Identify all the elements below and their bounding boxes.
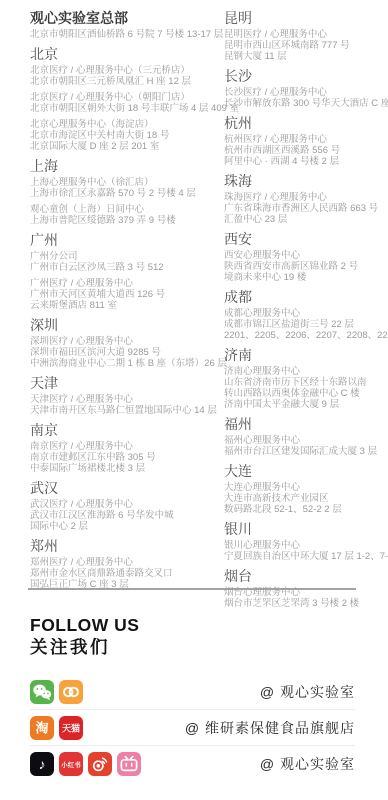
- social-icons: [30, 680, 83, 704]
- address-line: 云来斯堡酒店 811 室: [30, 300, 194, 311]
- entry-name: 北京医疗 / 心理服务中心（三元桥店）: [30, 65, 194, 76]
- address-line: 中泰国际广场裙楼北楼 3 层: [30, 463, 194, 474]
- city-section: 观心实验室总部北京市朝阳区酒仙桥路 6 号院 7 号楼 13-17 层: [30, 10, 194, 40]
- entry-name: 郑州医疗 / 心理服务中心: [30, 557, 194, 568]
- location-entry: 郑州医疗 / 心理服务中心郑州市金水区商鼎路通泰路交叉口国弘巨正广场 C 座 3…: [30, 557, 194, 590]
- entry-name: 珠海医疗 / 心理服务中心: [224, 192, 388, 203]
- location-entry: 杭州医疗 / 心理服务中心杭州市西湖区西溪路 556 号阿里中心 · 西湖 4 …: [224, 134, 388, 167]
- address-line: 杭州市西湖区西溪路 556 号: [224, 145, 388, 156]
- directory-column-right: 昆明昆明医疗 / 心理服务中心昆明市西山区环城南路 777 号昆钢大厦 11 层…: [224, 10, 388, 588]
- entry-name: 武汉医疗 / 心理服务中心: [30, 499, 194, 510]
- city-section: 昆明昆明医疗 / 心理服务中心昆明市西山区环城南路 777 号昆钢大厦 11 层: [224, 10, 388, 62]
- address-line: 广州市天河区黄埔大道西 126 号: [30, 289, 194, 300]
- address-line: 国弘巨正广场 C 座 3 层: [30, 579, 194, 590]
- address-line: 山东省济南市历下区经十东路以南: [224, 377, 388, 388]
- city-heading: 银川: [224, 521, 388, 537]
- taobao-icon[interactable]: 淘: [30, 716, 54, 740]
- city-heading: 郑州: [30, 538, 194, 554]
- city-section: 天津天津医疗 / 心理服务中心天津市南开区东马路仁恒置地国际中心 14 层: [30, 375, 194, 416]
- location-entry: 广州分公司广州市白云区沙凤三路 3 号 512: [30, 251, 194, 273]
- location-entry: 珠海医疗 / 心理服务中心广东省珠海市香洲区人民西路 663 号汇盈中心 23 …: [224, 192, 388, 225]
- social-handle: @ 观心实验室: [260, 754, 355, 774]
- city-heading: 广州: [30, 232, 194, 248]
- address-line: 转山西路以西奥体金融中心 C 楼: [224, 388, 388, 399]
- city-section: 银川银川心理服务中心宁夏回族自治区中环大厦 17 层 1-2、7-12: [224, 521, 388, 562]
- social-row: 淘天猫@ 维研素保健食品旗舰店: [30, 709, 355, 745]
- city-heading: 济南: [224, 347, 388, 363]
- address-line: 北京市朝阳区三元桥凤凰汇 H 座 12 层: [30, 76, 194, 87]
- entry-name: 福州心理服务中心: [224, 435, 388, 446]
- svg-text:小红书: 小红书: [61, 759, 81, 768]
- city-section: 福州福州心理服务中心福州市台江区建发国际汇成大厦 3 层: [224, 416, 388, 457]
- social-icons: 淘天猫: [30, 716, 83, 740]
- location-entry: 烟台心理服务中心烟台市芝罘区芝罘湾 3 号楼 2 楼: [224, 587, 388, 609]
- city-section: 南京南京医疗 / 心理服务中心南京市建邺区江东中路 305 号中泰国际广场裙楼北…: [30, 422, 194, 474]
- social-rows: @ 观心实验室淘天猫@ 维研素保健食品旗舰店♪小红书@ 观心实验室: [30, 674, 355, 781]
- page: 观心实验室总部北京市朝阳区酒仙桥路 6 号院 7 号楼 13-17 层北京北京医…: [0, 0, 388, 800]
- svg-text:♪: ♪: [39, 756, 46, 772]
- location-entry: 成都心理服务中心成都市锦江区盐道街三号 22 层2201、2205、2206、2…: [224, 308, 388, 341]
- city-section: 北京北京医疗 / 心理服务中心（三元桥店）北京市朝阳区三元桥凤凰汇 H 座 12…: [30, 46, 194, 152]
- location-entry: 西安心理服务中心陕西省西安市高新区锦业路 2 号境商未来中心 19 楼: [224, 250, 388, 283]
- entry-name: 广州分公司: [30, 251, 194, 262]
- directory-column-left: 观心实验室总部北京市朝阳区酒仙桥路 6 号院 7 号楼 13-17 层北京北京医…: [30, 10, 194, 588]
- address-line: 昆明市西山区环城南路 777 号: [224, 40, 388, 51]
- location-entry: 福州心理服务中心福州市台江区建发国际汇成大厦 3 层: [224, 435, 388, 457]
- city-heading: 成都: [224, 289, 388, 305]
- location-entry: 昆明医疗 / 心理服务中心昆明市西山区环城南路 777 号昆钢大厦 11 层: [224, 29, 388, 62]
- address-line: 成都市锦江区盐道街三号 22 层: [224, 319, 388, 330]
- entry-name: 西安心理服务中心: [224, 250, 388, 261]
- address-line: 南京市建邺区江东中路 305 号: [30, 452, 194, 463]
- entry-name: 烟台心理服务中心: [224, 587, 388, 598]
- social-row: ♪小红书@ 观心实验室: [30, 745, 355, 781]
- douyin-icon[interactable]: ♪: [30, 752, 54, 776]
- city-heading: 烟台: [224, 568, 388, 584]
- xiaohongshu-icon[interactable]: 小红书: [59, 752, 83, 776]
- city-section: 郑州郑州医疗 / 心理服务中心郑州市金水区商鼎路通泰路交叉口国弘巨正广场 C 座…: [30, 538, 194, 590]
- city-section: 长沙长沙医疗 / 心理服务中心长沙市解放东路 300 号华天大酒店 C 座 2 …: [224, 68, 388, 109]
- entry-name: 天津医疗 / 心理服务中心: [30, 394, 194, 405]
- address-line: 汇盈中心 23 层: [224, 214, 388, 225]
- address-line: 宁夏回族自治区中环大厦 17 层 1-2、7-12: [224, 551, 388, 562]
- address-line: 陕西省西安市高新区锦业路 2 号: [224, 261, 388, 272]
- city-section: 广州广州分公司广州市白云区沙凤三路 3 号 512广州医疗 / 心理服务中心广州…: [30, 232, 194, 311]
- location-entry: 广州医疗 / 心理服务中心广州市天河区黄埔大道西 126 号云来斯堡酒店 811…: [30, 278, 194, 311]
- city-section: 烟台烟台心理服务中心烟台市芝罘区芝罘湾 3 号楼 2 楼: [224, 568, 388, 609]
- social-handle: @ 维研素保健食品旗舰店: [185, 718, 355, 738]
- wechat-icon[interactable]: [30, 680, 54, 704]
- entry-name: 大连心理服务中心: [224, 482, 388, 493]
- location-entry: 观心童创（上海）日间中心上海市普陀区绥德路 379 弄 9 号楼: [30, 204, 194, 226]
- address-line: 大连市高新技术产业园区: [224, 493, 388, 504]
- address-line: 上海市普陀区绥德路 379 弄 9 号楼: [30, 215, 194, 226]
- social-handle: @ 观心实验室: [260, 682, 355, 702]
- location-entry: 银川心理服务中心宁夏回族自治区中环大厦 17 层 1-2、7-12: [224, 540, 388, 562]
- city-heading: 福州: [224, 416, 388, 432]
- bilibili-icon[interactable]: [117, 752, 141, 776]
- address-line: 北京市朝阳区朝外大街 18 号丰联广场 4 层 409 室: [30, 103, 194, 114]
- city-heading: 北京: [30, 46, 194, 62]
- entry-name: 杭州医疗 / 心理服务中心: [224, 134, 388, 145]
- city-heading: 武汉: [30, 480, 194, 496]
- wechat-channels-icon[interactable]: [59, 680, 83, 704]
- social-row: @ 观心实验室: [30, 674, 355, 709]
- entry-name: 北京医疗 / 心理服务中心（朝阳门店）: [30, 92, 194, 103]
- address-line: 上海市徐汇区永嘉路 570 号 2 号楼 4 层: [30, 188, 194, 199]
- entry-name: 成都心理服务中心: [224, 308, 388, 319]
- city-heading: 昆明: [224, 10, 388, 26]
- address-line: 北京市朝阳区酒仙桥路 6 号院 7 号楼 13-17 层: [30, 29, 194, 40]
- address-line: 郑州市金水区商鼎路通泰路交叉口: [30, 568, 194, 579]
- address-line: 天津市南开区东马路仁恒置地国际中心 14 层: [30, 405, 194, 416]
- address-line: 烟台市芝罘区芝罘湾 3 号楼 2 楼: [224, 598, 388, 609]
- address-line: 数码路北段 52-1、52-2 2 层: [224, 504, 388, 515]
- city-section: 大连大连心理服务中心大连市高新技术产业园区数码路北段 52-1、52-2 2 层: [224, 463, 388, 515]
- address-line: 北京国际大厦 D 座 2 层 201 室: [30, 141, 194, 152]
- address-line: 长沙市解放东路 300 号华天大酒店 C 座 2 层: [224, 98, 388, 109]
- location-entry: 北京心理服务中心（海淀店）北京市海淀区中关村南大街 18 号北京国际大厦 D 座…: [30, 119, 194, 152]
- city-heading: 西安: [224, 231, 388, 247]
- location-entry: 上海心理服务中心（徐汇店）上海市徐汇区永嘉路 570 号 2 号楼 4 层: [30, 177, 194, 199]
- address-line: 昆钢大厦 11 层: [224, 51, 388, 62]
- city-section: 深圳深圳医疗 / 心理服务中心深圳市福田区滨河大道 9285 号中洲滨海商业中心…: [30, 317, 194, 369]
- city-heading: 天津: [30, 375, 194, 391]
- address-line: 济南中国太平金融大厦 9 层: [224, 399, 388, 410]
- address-line: 北京市海淀区中关村南大街 18 号: [30, 130, 194, 141]
- address-line: 2201、2205、2206、2207、2208、2209 单元: [224, 330, 388, 341]
- city-heading: 上海: [30, 158, 194, 174]
- location-entry: 南京医疗 / 心理服务中心南京市建邺区江东中路 305 号中泰国际广场裙楼北楼 …: [30, 441, 194, 474]
- city-section: 珠海珠海医疗 / 心理服务中心广东省珠海市香洲区人民西路 663 号汇盈中心 2…: [224, 173, 388, 225]
- entry-name: 济南心理服务中心: [224, 366, 388, 377]
- city-heading: 大连: [224, 463, 388, 479]
- entry-name: 南京医疗 / 心理服务中心: [30, 441, 194, 452]
- city-section: 武汉武汉医疗 / 心理服务中心武汉市江汉区淮海路 6 号华发中城国际中心 2 层: [30, 480, 194, 532]
- city-section: 济南济南心理服务中心山东省济南市历下区经十东路以南转山西路以西奥体金融中心 C …: [224, 347, 388, 410]
- city-section: 上海上海心理服务中心（徐汇店）上海市徐汇区永嘉路 570 号 2 号楼 4 层观…: [30, 158, 194, 226]
- city-section: 成都成都心理服务中心成都市锦江区盐道街三号 22 层2201、2205、2206…: [224, 289, 388, 341]
- address-line: 武汉市江汉区淮海路 6 号华发中城: [30, 510, 194, 521]
- svg-text:淘: 淘: [35, 720, 48, 735]
- location-entry: 天津医疗 / 心理服务中心天津市南开区东马路仁恒置地国际中心 14 层: [30, 394, 194, 416]
- location-entry: 大连心理服务中心大连市高新技术产业园区数码路北段 52-1、52-2 2 层: [224, 482, 388, 515]
- entry-name: 深圳医疗 / 心理服务中心: [30, 336, 194, 347]
- location-entry: 济南心理服务中心山东省济南市历下区经十东路以南转山西路以西奥体金融中心 C 楼济…: [224, 366, 388, 410]
- location-entry: 北京市朝阳区酒仙桥路 6 号院 7 号楼 13-17 层: [30, 29, 194, 40]
- follow-us-title-zh: 关注我们: [30, 636, 355, 658]
- entry-name: 上海心理服务中心（徐汇店）: [30, 177, 194, 188]
- location-entry: 长沙医疗 / 心理服务中心长沙市解放东路 300 号华天大酒店 C 座 2 层: [224, 87, 388, 109]
- address-line: 阿里中心 · 西湖 4 号楼 2 层: [224, 156, 388, 167]
- follow-us-section: FOLLOW US 关注我们 @ 观心实验室淘天猫@ 维研素保健食品旗舰店♪小红…: [0, 590, 388, 781]
- tmall-icon[interactable]: 天猫: [59, 716, 83, 740]
- weibo-icon[interactable]: [88, 752, 112, 776]
- address-line: 深圳市福田区滨河大道 9285 号: [30, 347, 194, 358]
- location-entry: 北京医疗 / 心理服务中心（三元桥店）北京市朝阳区三元桥凤凰汇 H 座 12 层: [30, 65, 194, 87]
- city-heading: 珠海: [224, 173, 388, 189]
- entry-name: 广州医疗 / 心理服务中心: [30, 278, 194, 289]
- svg-text:天猫: 天猫: [62, 722, 80, 733]
- entry-name: 银川心理服务中心: [224, 540, 388, 551]
- city-section: 西安西安心理服务中心陕西省西安市高新区锦业路 2 号境商未来中心 19 楼: [224, 231, 388, 283]
- city-heading: 南京: [30, 422, 194, 438]
- entry-name: 昆明医疗 / 心理服务中心: [224, 29, 388, 40]
- city-heading: 观心实验室总部: [30, 10, 194, 26]
- city-section: 杭州杭州医疗 / 心理服务中心杭州市西湖区西溪路 556 号阿里中心 · 西湖 …: [224, 115, 388, 167]
- social-icons: ♪小红书: [30, 752, 141, 776]
- location-entry: 北京医疗 / 心理服务中心（朝阳门店）北京市朝阳区朝外大街 18 号丰联广场 4…: [30, 92, 194, 114]
- location-entry: 武汉医疗 / 心理服务中心武汉市江汉区淮海路 6 号华发中城国际中心 2 层: [30, 499, 194, 532]
- entry-name: 观心童创（上海）日间中心: [30, 204, 194, 215]
- location-entry: 深圳医疗 / 心理服务中心深圳市福田区滨河大道 9285 号中洲滨海商业中心二期…: [30, 336, 194, 369]
- entry-name: 北京心理服务中心（海淀店）: [30, 119, 194, 130]
- address-line: 广东省珠海市香洲区人民西路 663 号: [224, 203, 388, 214]
- address-line: 中洲滨海商业中心二期 1 栋 B 座（东塔）26 层: [30, 358, 194, 369]
- entry-name: 长沙医疗 / 心理服务中心: [224, 87, 388, 98]
- address-line: 国际中心 2 层: [30, 521, 194, 532]
- city-heading: 杭州: [224, 115, 388, 131]
- address-line: 广州市白云区沙凤三路 3 号 512: [30, 262, 194, 273]
- city-heading: 深圳: [30, 317, 194, 333]
- follow-us-title-en: FOLLOW US: [30, 614, 355, 636]
- address-line: 福州市台江区建发国际汇成大厦 3 层: [224, 446, 388, 457]
- location-directory: 观心实验室总部北京市朝阳区酒仙桥路 6 号院 7 号楼 13-17 层北京北京医…: [0, 0, 388, 588]
- address-line: 境商未来中心 19 楼: [224, 272, 388, 283]
- city-heading: 长沙: [224, 68, 388, 84]
